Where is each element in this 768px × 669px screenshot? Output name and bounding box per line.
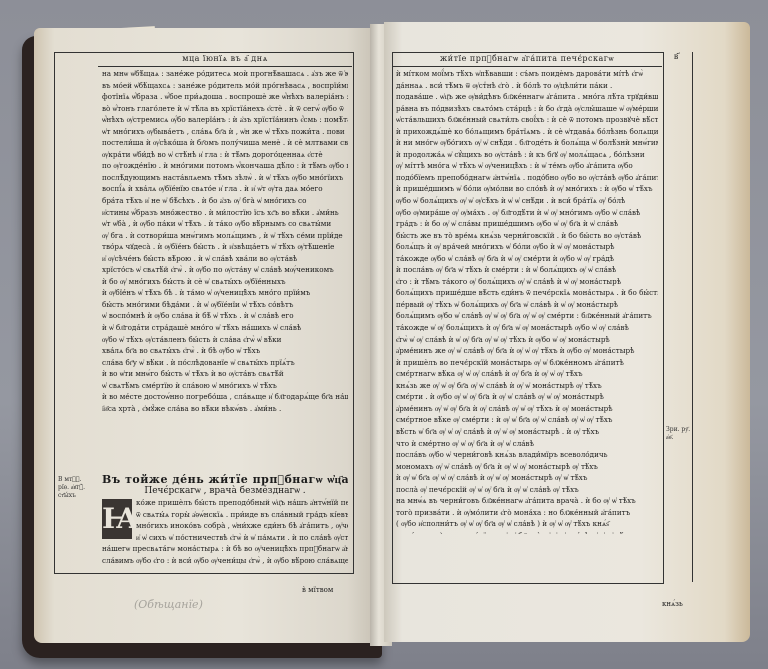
section-subtitle: Печє́рскагѡ , врача̀ безме́зднагѡ . — [102, 486, 348, 498]
page-number: в҃ — [674, 51, 678, 62]
right-page: жи́тїе прпⷣбнагѡ а҆га́пита печє́рскагѡ в… — [384, 22, 750, 642]
left-body-text: на мнѡ ѡ҆бѣ́щаѧ : зане́же ро́дитесѧ моѝ … — [102, 68, 348, 416]
header-rule — [392, 66, 662, 67]
right-margin-note: Зри. рӯ҃. а҆ѳ҃. — [666, 426, 692, 442]
pencil-inscription: (Обѣщанїе) — [134, 598, 203, 611]
left-section: Въ тойже де́нь жи́тїе прпⷣбнагѡ ѡ҆ц҃а на… — [102, 474, 348, 570]
right-catchword: кнѧ́зь — [662, 600, 683, 608]
section-title: Въ тойже де́нь жи́тїе прпⷣбнагѡ ѡ҆ц҃а на… — [102, 474, 348, 486]
left-page: мца їюнїѧ въ а҃ днѧ на мнѡ ѡ҆бѣ́щаѧ : за… — [34, 28, 374, 643]
right-margin-rule — [662, 52, 693, 582]
right-body-text: ѝ мі́тком мої́мъ тѣ́хъ ѡ҆пѣ́вавши : съ́м… — [396, 68, 658, 534]
right-running-header: жи́тїе прпⷣбнагѡ а҆га́пита печє́рскагѡ — [392, 54, 662, 63]
header-rule — [98, 66, 352, 67]
left-margin-note: В мтⷭ҇. рїѳ. а҆в҃гꙋ̀. ст҃ы́хъ — [58, 476, 94, 500]
left-running-header: мца їюнїѧ въ а҃ днѧ — [98, 54, 352, 63]
left-catchword: в̀ мїтвом — [302, 586, 333, 594]
illuminated-initial: Ꙗ — [102, 499, 132, 539]
